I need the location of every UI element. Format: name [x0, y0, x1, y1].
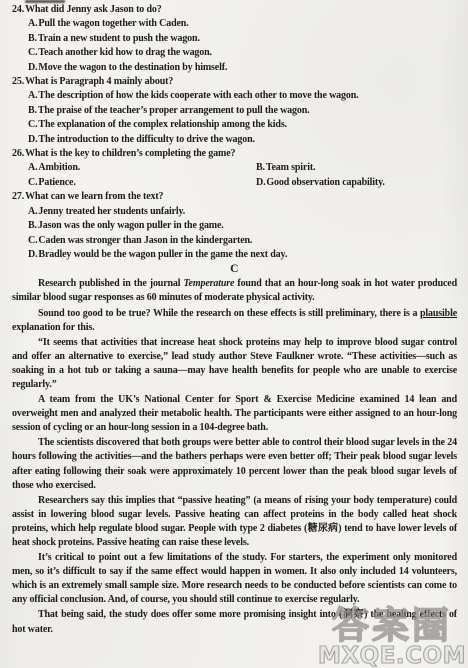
- passage-text-segment: Temperature: [184, 278, 235, 289]
- option-text: Pull the wagon together with Caden.: [38, 18, 188, 29]
- answer-option: B.Jason was the only wagon puller in the…: [28, 219, 457, 233]
- question-block: 27.What can we learn from the text?A.Jen…: [12, 190, 457, 262]
- passage-text-segment: Sound too good to be true? While the res…: [38, 308, 420, 319]
- answer-option: D.Good observation capability.: [256, 176, 457, 190]
- question-stem-line: 26.What is the key to children’s complet…: [12, 147, 457, 161]
- option-letter: B.: [28, 33, 38, 44]
- option-letter: A.: [28, 206, 38, 217]
- option-letter: D.: [28, 62, 38, 73]
- question-stem-text: What can we learn from the text?: [25, 191, 163, 202]
- option-text: Jason was the only wagon puller in the g…: [38, 220, 224, 231]
- options-group: A.Jenny treated her students unfairly.B.…: [12, 205, 457, 263]
- option-letter: D.: [28, 249, 38, 260]
- answer-option: D.The introduction to the difficulty to …: [28, 133, 457, 147]
- question-block: 24.What did Jenny ask Jason to do?A.Pull…: [12, 3, 457, 75]
- option-text: Good observation capability.: [266, 177, 384, 188]
- watermark-site-text: MXQE.COM: [317, 645, 467, 668]
- scan-artifact-top-edge: [25, 0, 65, 3]
- scanned-exam-page: 24.What did Jenny ask Jason to do?A.Pull…: [0, 0, 468, 668]
- option-letter: C.: [28, 47, 38, 58]
- passage-text-segment: Research published in the journal: [38, 278, 184, 289]
- options-group: A.Ambition.B.Team spirit.C.Patience.D.Go…: [12, 161, 457, 190]
- answer-option: D.Bradley would be the wagon puller in t…: [28, 248, 457, 262]
- option-text: The explanation of the complex relations…: [38, 119, 287, 130]
- option-text: Jenny treated her students unfairly.: [38, 206, 185, 217]
- answer-option: B.Train a new student to push the wagon.: [28, 32, 457, 46]
- option-letter: A.: [28, 90, 38, 101]
- option-letter: D.: [28, 134, 38, 145]
- passage-text-segment: That being said, the study does offer so…: [12, 609, 457, 634]
- passage-text-segment: A team from the UK’s National Center for…: [12, 394, 457, 433]
- reading-passage: Research published in the journal Temper…: [12, 277, 457, 636]
- option-letter: B.: [256, 162, 266, 173]
- passage-paragraph: “It seems that activities that increase …: [12, 336, 457, 392]
- option-text: Teach another kid how to drag the wagon.: [38, 47, 211, 58]
- passage-paragraph: It’s critical to point out a few limitat…: [12, 551, 457, 607]
- option-text: Caden was stronger than Jason in the kin…: [38, 235, 252, 246]
- question-stem-line: 25.What is Paragraph 4 mainly about?: [12, 75, 457, 89]
- answer-option: C.Caden was stronger than Jason in the k…: [28, 234, 457, 248]
- option-letter: B.: [28, 105, 38, 116]
- question-stem-line: 24.What did Jenny ask Jason to do?: [12, 3, 457, 17]
- passage-paragraph: Researchers say this implies that “passi…: [12, 494, 457, 550]
- answer-option: B.Team spirit.: [256, 161, 457, 175]
- question-list: 24.What did Jenny ask Jason to do?A.Pull…: [12, 3, 457, 262]
- passage-paragraph: That being said, the study does offer so…: [12, 608, 457, 636]
- question-block: 25.What is Paragraph 4 mainly about?A.Th…: [12, 75, 457, 147]
- option-letter: A.: [28, 162, 38, 173]
- question-stem-text: What did Jenny ask Jason to do?: [25, 4, 162, 15]
- answer-option: C.Teach another kid how to drag the wago…: [28, 46, 457, 60]
- option-text: Team spirit.: [266, 162, 316, 173]
- option-letter: D.: [256, 177, 266, 188]
- passage-paragraph: Sound too good to be true? While the res…: [12, 307, 457, 335]
- options-group: A.Pull the wagon together with Caden.B.T…: [12, 17, 457, 75]
- option-letter: B.: [28, 220, 38, 231]
- option-letter: C.: [28, 119, 38, 130]
- answer-option: A.Jenny treated her students unfairly.: [28, 205, 457, 219]
- passage-paragraph: Research published in the journal Temper…: [12, 277, 457, 305]
- option-letter: C.: [28, 235, 38, 246]
- answer-option: C.Patience.: [28, 176, 256, 190]
- question-stem-line: 27.What can we learn from the text?: [12, 190, 457, 204]
- question-number: 27.: [12, 191, 25, 202]
- answer-option: B.The praise of the teacher’s proper arr…: [28, 104, 457, 118]
- option-text: Bradley would be the wagon puller in the…: [38, 249, 287, 260]
- options-group: A.The description of how the kids cooper…: [12, 89, 457, 147]
- question-number: 24.: [12, 4, 25, 15]
- option-text: Move the wagon to the destination by him…: [38, 62, 227, 73]
- passage-text-segment: Researchers say this implies that “passi…: [12, 495, 457, 548]
- option-letter: C.: [28, 177, 38, 188]
- option-text: Patience.: [38, 177, 75, 188]
- passage-text-segment: “It seems that activities that increase …: [12, 337, 457, 390]
- option-letter: A.: [28, 18, 38, 29]
- question-number: 25.: [12, 76, 25, 87]
- answer-option: A.The description of how the kids cooper…: [28, 89, 457, 103]
- option-text: Ambition.: [38, 162, 80, 173]
- passage-text-segment: The scientists discovered that both grou…: [12, 437, 457, 490]
- section-c-header: C: [12, 262, 457, 277]
- question-number: 26.: [12, 148, 25, 159]
- passage-text-segment: plausible: [420, 308, 457, 319]
- passage-paragraph: A team from the UK’s National Center for…: [12, 393, 457, 435]
- passage-paragraph: The scientists discovered that both grou…: [12, 436, 457, 492]
- answer-option: A.Pull the wagon together with Caden.: [28, 17, 457, 31]
- passage-text-segment: It’s critical to point out a few limitat…: [12, 552, 457, 605]
- answer-option: C.The explanation of the complex relatio…: [28, 118, 457, 132]
- question-stem-text: What is the key to children’s completing…: [25, 148, 235, 159]
- answer-option: D.Move the wagon to the destination by h…: [28, 61, 457, 75]
- option-text: The introduction to the difficulty to dr…: [38, 134, 254, 145]
- answer-option: A.Ambition.: [28, 161, 256, 175]
- option-text: The praise of the teacher’s proper arran…: [38, 105, 310, 116]
- passage-text-segment: explanation for this.: [12, 322, 95, 333]
- option-text: Train a new student to push the wagon.: [38, 33, 200, 44]
- question-stem-text: What is Paragraph 4 mainly about?: [25, 76, 173, 87]
- option-text: The description of how the kids cooperat…: [38, 90, 358, 101]
- question-block: 26.What is the key to children’s complet…: [12, 147, 457, 190]
